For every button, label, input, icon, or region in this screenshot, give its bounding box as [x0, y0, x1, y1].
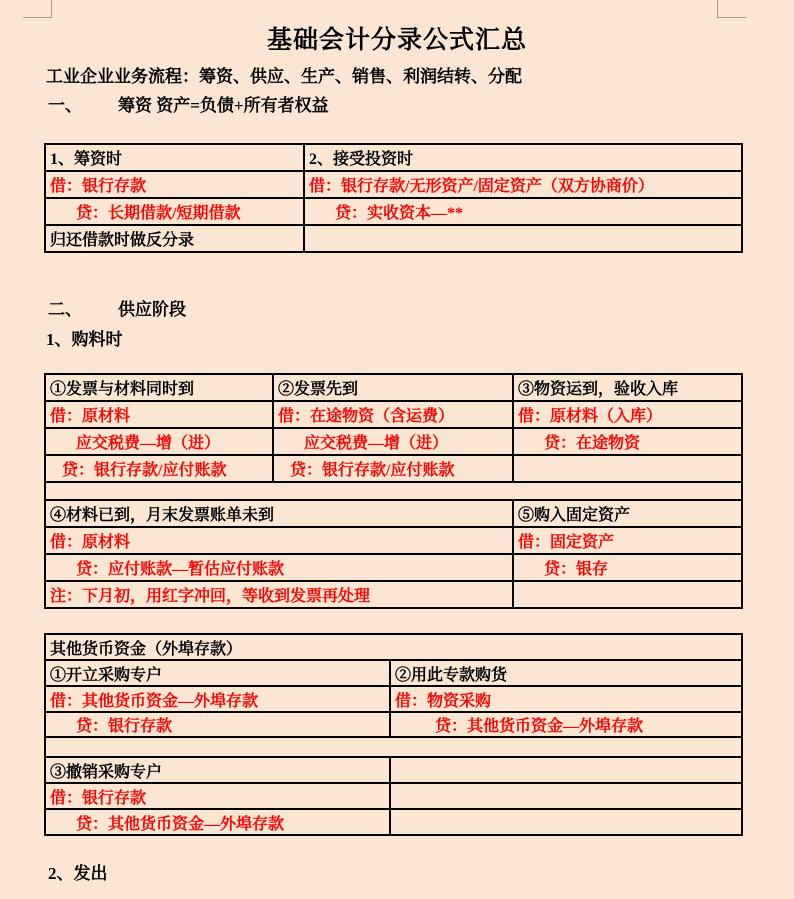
table-row: 借：原材料 借：在途物资（含运费） 借：原材料（入库） [45, 401, 742, 428]
table-row: 注：下月初，用红字冲回，等收到发票再处理 [45, 581, 742, 608]
other-monetary-funds-table: 其他货币资金（外埠存款） ①开立采购专户 ②用此专款购货 借：其他货币资金—外埠… [44, 633, 743, 836]
document-title: 基础会计分录公式汇总 [0, 26, 794, 56]
document-page: { "colors": { "page_bg": "#FBE6D3", "tex… [0, 0, 794, 899]
credit-entry-cell: 贷：银行存款/应付账款 [273, 455, 513, 482]
credit-entry-cell: 贷：其他货币资金—外埠存款 [45, 809, 390, 835]
spacer-row [45, 737, 742, 757]
debit-entry-cell: 借：银行存款 [45, 783, 390, 809]
credit-entry-cell: 贷：长期借款/短期借款 [45, 198, 304, 225]
section-text: 筹资 资产=负债+所有者权益 [118, 96, 329, 115]
table-row: 贷：应付账款—暂估应付账款 贷：银存 [45, 554, 742, 581]
case-header-cell: ③物资运到，验收入库 [513, 374, 742, 401]
debit-entry-cell: 借：其他货币资金—外埠存款 [45, 686, 390, 712]
table-row: 其他货币资金（外埠存款） [45, 634, 742, 660]
workflow-intro: 工业企业业务流程：筹资、供应、生产、销售、利润结转、分配 [46, 66, 522, 88]
note-cell: 注：下月初，用红字冲回，等收到发票再处理 [45, 581, 513, 608]
section-1-heading: 一、筹资 资产=负债+所有者权益 [48, 95, 329, 117]
credit-entry-cell: 贷：银行存款 [45, 712, 390, 737]
table-row: 应交税费—增（进） 应交税费—增（进） 贷：在途物资 [45, 428, 742, 455]
case-header-cell: ④材料已到，月末发票账单未到 [45, 500, 513, 527]
table-row: 归还借款时做反分录 [45, 225, 742, 252]
debit-entry-cell: 借：在途物资（含运费） [273, 401, 513, 428]
table-row: 贷：长期借款/短期借款 贷：实收资本—** [45, 198, 742, 225]
spacer-row [45, 482, 742, 500]
empty-cell [390, 757, 742, 783]
empty-cell [513, 455, 742, 482]
case-header-cell: ①发票与材料同时到 [45, 374, 273, 401]
table-row: 借：银行存款 借：银行存款/无形资产/固定资产（双方协商价） [45, 171, 742, 198]
case-header-cell: ①开立采购专户 [45, 660, 390, 686]
credit-entry-cell: 贷：实收资本—** [304, 198, 742, 225]
empty-cell [45, 737, 742, 757]
empty-cell [45, 482, 742, 500]
empty-cell [390, 809, 742, 835]
case-header-cell: 2、接受投资时 [304, 144, 742, 171]
debit-entry-cell: 借：物资采购 [390, 686, 742, 712]
case-header-cell: ②发票先到 [273, 374, 513, 401]
case-header-cell: ②用此专款购货 [390, 660, 742, 686]
table-row: 借：其他货币资金—外埠存款 借：物资采购 [45, 686, 742, 712]
page-margin-mark-left [23, 0, 52, 18]
case-header-cell: ③撤销采购专户 [45, 757, 390, 783]
table-row: 贷：其他货币资金—外埠存款 [45, 809, 742, 835]
credit-entry-cell: 贷：在途物资 [513, 428, 742, 455]
debit-entry-cell: 借：原材料 [45, 527, 513, 554]
table-title-cell: 其他货币资金（外埠存款） [45, 634, 742, 660]
section-number: 一、 [48, 95, 118, 117]
tax-entry-cell: 应交税费—增（进） [273, 428, 513, 455]
debit-entry-cell: 借：原材料（入库） [513, 401, 742, 428]
tax-entry-cell: 应交税费—增（进） [45, 428, 273, 455]
issue-subheading: 2、发出 [48, 863, 108, 885]
case-header-cell: ⑤购入固定资产 [513, 500, 742, 527]
credit-entry-cell: 贷：应付账款—暂估应付账款 [45, 554, 513, 581]
table-row: ③撤销采购专户 [45, 757, 742, 783]
purchase-table: ①发票与材料同时到 ②发票先到 ③物资运到，验收入库 借：原材料 借：在途物资（… [44, 373, 743, 609]
section-number: 二、 [48, 299, 118, 321]
purchase-subheading: 1、购料时 [46, 329, 123, 351]
table-row: 1、筹资时 2、接受投资时 [45, 144, 742, 171]
case-header-cell: 1、筹资时 [45, 144, 304, 171]
table-row: ①开立采购专户 ②用此专款购货 [45, 660, 742, 686]
credit-entry-cell: 贷：银存 [513, 554, 742, 581]
table-row: ①发票与材料同时到 ②发票先到 ③物资运到，验收入库 [45, 374, 742, 401]
debit-entry-cell: 借：原材料 [45, 401, 273, 428]
debit-entry-cell: 借：银行存款 [45, 171, 304, 198]
section-text: 供应阶段 [118, 300, 186, 319]
credit-entry-cell: 贷：其他货币资金—外埠存款 [390, 712, 742, 737]
table-row: 借：原材料 借：固定资产 [45, 527, 742, 554]
table-row: ④材料已到，月末发票账单未到 ⑤购入固定资产 [45, 500, 742, 527]
table-row: 贷：银行存款 贷：其他货币资金—外埠存款 [45, 712, 742, 737]
empty-cell [513, 581, 742, 608]
empty-cell [304, 225, 742, 252]
debit-entry-cell: 借：银行存款/无形资产/固定资产（双方协商价） [304, 171, 742, 198]
section-2-heading: 二、供应阶段 [48, 299, 186, 321]
table-row: 贷：银行存款/应付账款 贷：银行存款/应付账款 [45, 455, 742, 482]
credit-entry-cell: 贷：银行存款/应付账款 [45, 455, 273, 482]
table-row: 借：银行存款 [45, 783, 742, 809]
page-margin-mark-right [717, 0, 746, 18]
financing-table: 1、筹资时 2、接受投资时 借：银行存款 借：银行存款/无形资产/固定资产（双方… [44, 143, 743, 253]
empty-cell [390, 783, 742, 809]
debit-entry-cell: 借：固定资产 [513, 527, 742, 554]
note-cell: 归还借款时做反分录 [45, 225, 304, 252]
